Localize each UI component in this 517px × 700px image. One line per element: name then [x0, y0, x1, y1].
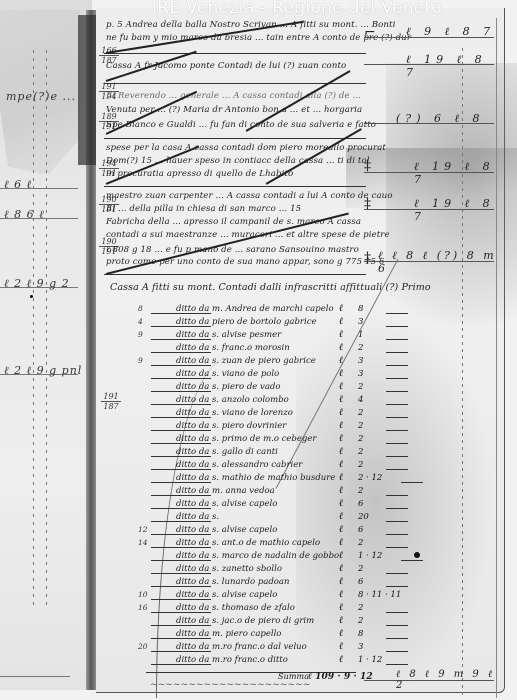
- bracket-mark: ‡: [364, 250, 371, 266]
- watermark: IRE Venezia - Regione del Veneto: [152, 0, 442, 18]
- ledger-page: 166187 191194 189191 194191 190191 19019…: [96, 8, 505, 693]
- ledger-entry: Venuta per ... (?) Maria dr Antonio bon …: [106, 105, 362, 115]
- entry-rule: [104, 274, 366, 275]
- left-amount: ℓ 6 ℓ: [4, 178, 32, 191]
- left-amount: ℓ 8 6 ℓ: [4, 208, 45, 221]
- ledger-entry: maestro zuan carpenter ... A cassa conta…: [106, 191, 393, 201]
- ledger-entry: Dom(?) 15 ... hauer speso in contiacc de…: [106, 156, 370, 166]
- gutter-shadow: [78, 15, 96, 165]
- entry-rule: [104, 53, 366, 54]
- total-amount: ℓ 8 ℓ 9 m 9 ℓ 2: [396, 669, 504, 691]
- bracket-mark: ‡: [364, 196, 371, 212]
- ink-blot: [30, 295, 33, 298]
- wavy-line: ~~~~~~~~~~~~~~~~~~~~~: [150, 680, 310, 690]
- left-ruling: [33, 50, 34, 610]
- entry-rule: [104, 186, 366, 187]
- entry-amount: (?) 6 ℓ 8: [396, 112, 485, 125]
- ledger-entry: El Reverendo ... generale ... A cassa co…: [106, 91, 361, 101]
- ledger-entry: El ... della pilla in chiesa di san marc…: [106, 204, 301, 214]
- ledger-entry: Spe Bianco e Gualdi ... fu fan di conto …: [106, 120, 376, 130]
- left-page-text: mpe(?)e ...: [6, 90, 76, 103]
- entry-rule: [104, 138, 366, 139]
- entry-amount: ℓ 19 ℓ 8 7: [414, 197, 504, 223]
- bracket-mark: ⌐: [364, 25, 376, 41]
- left-amount: ℓ 2 ℓ 9 g pnl: [4, 364, 82, 377]
- bracket-mark: ‡: [364, 158, 371, 174]
- ledger-entry: ℓ 808 g 18 ... e fu p mano de ... sarano…: [106, 244, 359, 255]
- entry-amount: ℓ 19 ℓ 8 7: [414, 160, 504, 186]
- ledger-entry: spese per la casa A cassa contadi dom pi…: [106, 143, 386, 153]
- left-ruling: [46, 50, 47, 610]
- left-amount: ℓ 2 ℓ 9 g 2: [4, 277, 70, 290]
- entry-amount: ℓ 9 ℓ 8 7: [406, 25, 495, 38]
- entry-amount: ℓ 19 ℓ 8 7: [406, 53, 504, 79]
- left-bottom-rule: [0, 676, 70, 677]
- manuscript-scan: mpe(?)e ... ℓ 6 ℓ ℓ 8 6 ℓ ℓ 2 ℓ 9 g 2 ℓ …: [0, 0, 517, 700]
- ink-blot: [414, 552, 420, 558]
